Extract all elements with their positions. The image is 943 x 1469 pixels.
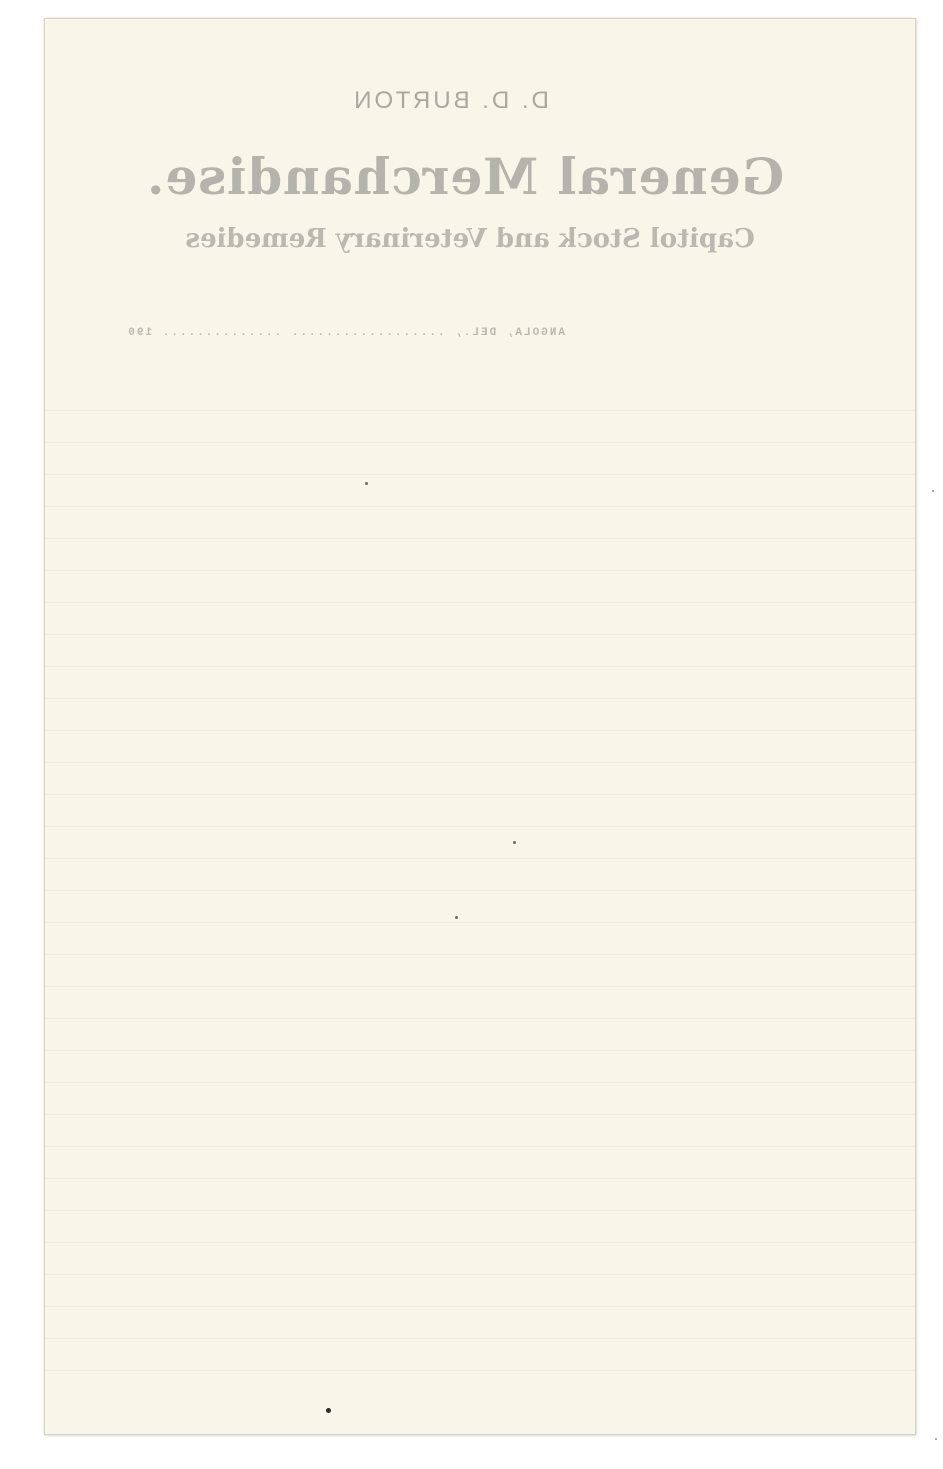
background-speck: [932, 490, 934, 492]
dateline-year: 190: [126, 327, 152, 339]
dateline: ANGOLA, DEL., .................. .......…: [105, 327, 565, 339]
paper-speck: [365, 482, 368, 485]
business-title: General Merchandise.: [45, 147, 915, 206]
letterhead-sheet: D. D. BURTON General Merchandise. Capito…: [44, 18, 916, 1435]
dateline-place: ANGOLA, DEL.,: [453, 327, 565, 339]
dateline-blank: .................. ..............: [161, 327, 445, 339]
paper-speck: [513, 841, 516, 844]
background-speck: [935, 1438, 937, 1440]
ruled-lines: [45, 379, 915, 1374]
owner-name: D. D. BURTON: [45, 87, 915, 115]
paper-speck: [326, 1408, 331, 1413]
business-tagline: Capitol Stock and Veterinary Remedies: [45, 224, 915, 254]
paper-speck: [455, 916, 458, 919]
